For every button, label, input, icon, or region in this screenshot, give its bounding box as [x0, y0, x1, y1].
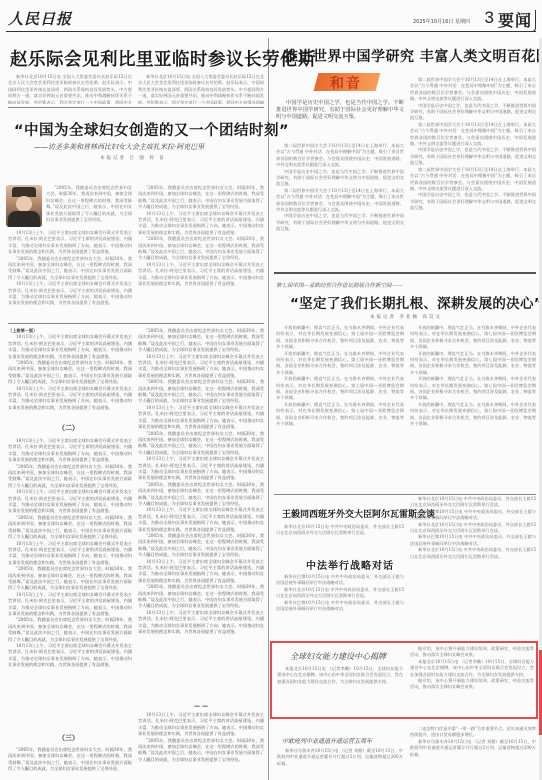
headline-forum: “坚定了我们长期扎根、深耕发展的决心”: [290, 292, 542, 312]
kicker-forum: 第七届中国—亚欧经贸合作论坛拥展合作新空间——: [276, 281, 403, 289]
byline-forum: 本报记者 李亚楠 高昊文: [370, 314, 442, 320]
heyin-badge: 和音: [330, 73, 362, 93]
dialogue-body: 新华社巴黎10月15日电 中共中央政治局委员、外交部长王毅与法国总统外事顾问举行…: [276, 574, 404, 638]
section-title: 要闻: [498, 8, 532, 31]
dateline: 2025年10月16日 星期四: [413, 18, 470, 25]
byline-women: 本报记者 吕 强 何 苗: [100, 155, 166, 161]
heyin-body-col1: 第二届世界中国学大会于10月13日至14日在上海举行。本届大会以“古今贯通 中外…: [276, 143, 404, 265]
article-continuation-col2b: 10月13日上午，习近平主席出席全球妇女峰会开幕式并发表主旨讲话。扎米拉·阿克巴…: [138, 712, 264, 778]
newspaper-logo: 人民日报: [8, 8, 72, 29]
page-number: 3: [485, 8, 494, 28]
newspaper-page: 人民日报 2025年10月16日 星期四 3 要闻 赵乐际会见利比里亚临时参议长…: [0, 0, 542, 780]
headline-strategic-dialogue: 中法举行战略对话: [306, 557, 394, 572]
section-marker-three: （三）: [58, 733, 79, 743]
portrait-body: [8, 211, 40, 227]
headline-heyin: 推进世界中国学研究 丰富人类文明百花园: [284, 46, 542, 66]
forum-body-col1: 开放的新疆中，理直气壮正当。在乌鲁木齐期间，中外企业代表纷纷表示，对在华长期发展…: [276, 325, 404, 490]
headline-zhao-leji: 赵乐际会见利比里亚临时参议长劳伦斯: [10, 46, 316, 71]
section-rule: [8, 323, 264, 324]
women-center-body-col2: 据介绍，该中心将开展能力建设培训、政策研究、经验交流等活动，推动落实全球妇女峰会…: [410, 646, 534, 716]
article-continuation-col1: （上接第一版） 10月13日上午，习近平主席出席全球妇女峰会开幕式并发表主旨讲话…: [8, 328, 132, 416]
masthead: 人民日报 2025年10月16日 星期四 3 要闻: [6, 4, 536, 32]
section-rule: [274, 494, 536, 495]
women-center-body: 本报北京10月15日电 （记者李璐）10月15日，全球妇女能力建设中心在北京揭牌…: [277, 666, 403, 716]
headline-women-center: 全球妇女能力建设中心揭牌: [290, 651, 386, 662]
railway-body-col2: 二连浩特口岸是中蒙“一带一路”合作重要节点，近年来通关效率持续提升，进出口贸易额…: [410, 726, 536, 778]
heyin-body-col2: 第二届世界中国学大会于10月13日至14日在上海举行。本届大会以“古今贯通 中外…: [410, 77, 536, 265]
article-body-zhao-leji-left: 新华社北京10月15日电 全国人大常委会委员长赵乐际15日在北京人民大会堂会见利…: [8, 74, 132, 104]
section-marker-dash: — —: [194, 703, 208, 710]
article-body-women-col2: “2005年，我随委员会出席纪念世界妇女大会。时隔30年，我再次来到中国，参加全…: [138, 185, 264, 320]
section-rule: [8, 107, 264, 108]
article-body-zhao-leji-right: 新华社北京10月15日电 全国人大常委会委员长赵乐际15日在北京人民大会堂会见利…: [138, 74, 264, 104]
wang-yi-body: 新华社北京10月15日电 中共中央政治局委员、外交部长王毅15日在北京同西班牙外…: [276, 524, 404, 548]
article-body-women-col1: 10月13日上午，习近平主席出席全球妇女峰会开幕式并发表主旨讲话。扎米拉·阿克巴…: [8, 230, 132, 320]
portrait-photo: [6, 185, 42, 227]
section-rule: [274, 272, 536, 274]
article-body-women-wrap: “2005年，我随委员会出席纪念世界妇女大会。时隔30年，我再次来到中国，参加全…: [46, 185, 132, 229]
subhead-women-interview: ——访圣多美和普林西比妇女大会主席扎米拉·阿克巴里: [34, 142, 204, 152]
headline-railway: 中欧班列中亚通道开通运营五周年: [282, 736, 372, 745]
article-continuation-col1b: 10月13日上午，习近平主席出席全球妇女峰会开幕式并发表主旨讲话。扎米拉·阿克巴…: [8, 438, 132, 723]
masthead-corner-decoration: [532, 10, 536, 32]
article-continuation-col1c: “2005年，我随委员会出席纪念世界妇女大会。时隔30年，我再次来到中国，参加全…: [8, 747, 132, 777]
forum-body-col2: 开放的新疆中，理直气壮正当。在乌鲁木齐期间，中外企业代表纷纷表示，对在华长期发展…: [410, 325, 536, 490]
column-divider: [268, 38, 269, 780]
article-continuation-col2: “2005年，我随委员会出席纪念世界妇女大会。时隔30年，我再次来到中国，参加全…: [138, 328, 264, 700]
portrait-face: [16, 196, 32, 212]
headline-women-solidarity: “中国为全球妇女创造的又一个团结时刻”: [14, 119, 289, 140]
heyin-lead: 中国学是历史中国之学，也是当代中国之学。不断推进世界中国学研究，有助于国际社会更…: [276, 100, 404, 142]
section-marker-two: （二）: [58, 423, 79, 433]
railway-body: 新华社乌鲁木齐10月15日电 （记者 刘健）截至10月15日，中欧班列中亚通道开…: [277, 748, 403, 778]
wang-yi-dialogue-col2: 新华社北京10月15日电 中共中央政治局委员、外交部长王毅15日在北京同西班牙外…: [410, 496, 536, 638]
